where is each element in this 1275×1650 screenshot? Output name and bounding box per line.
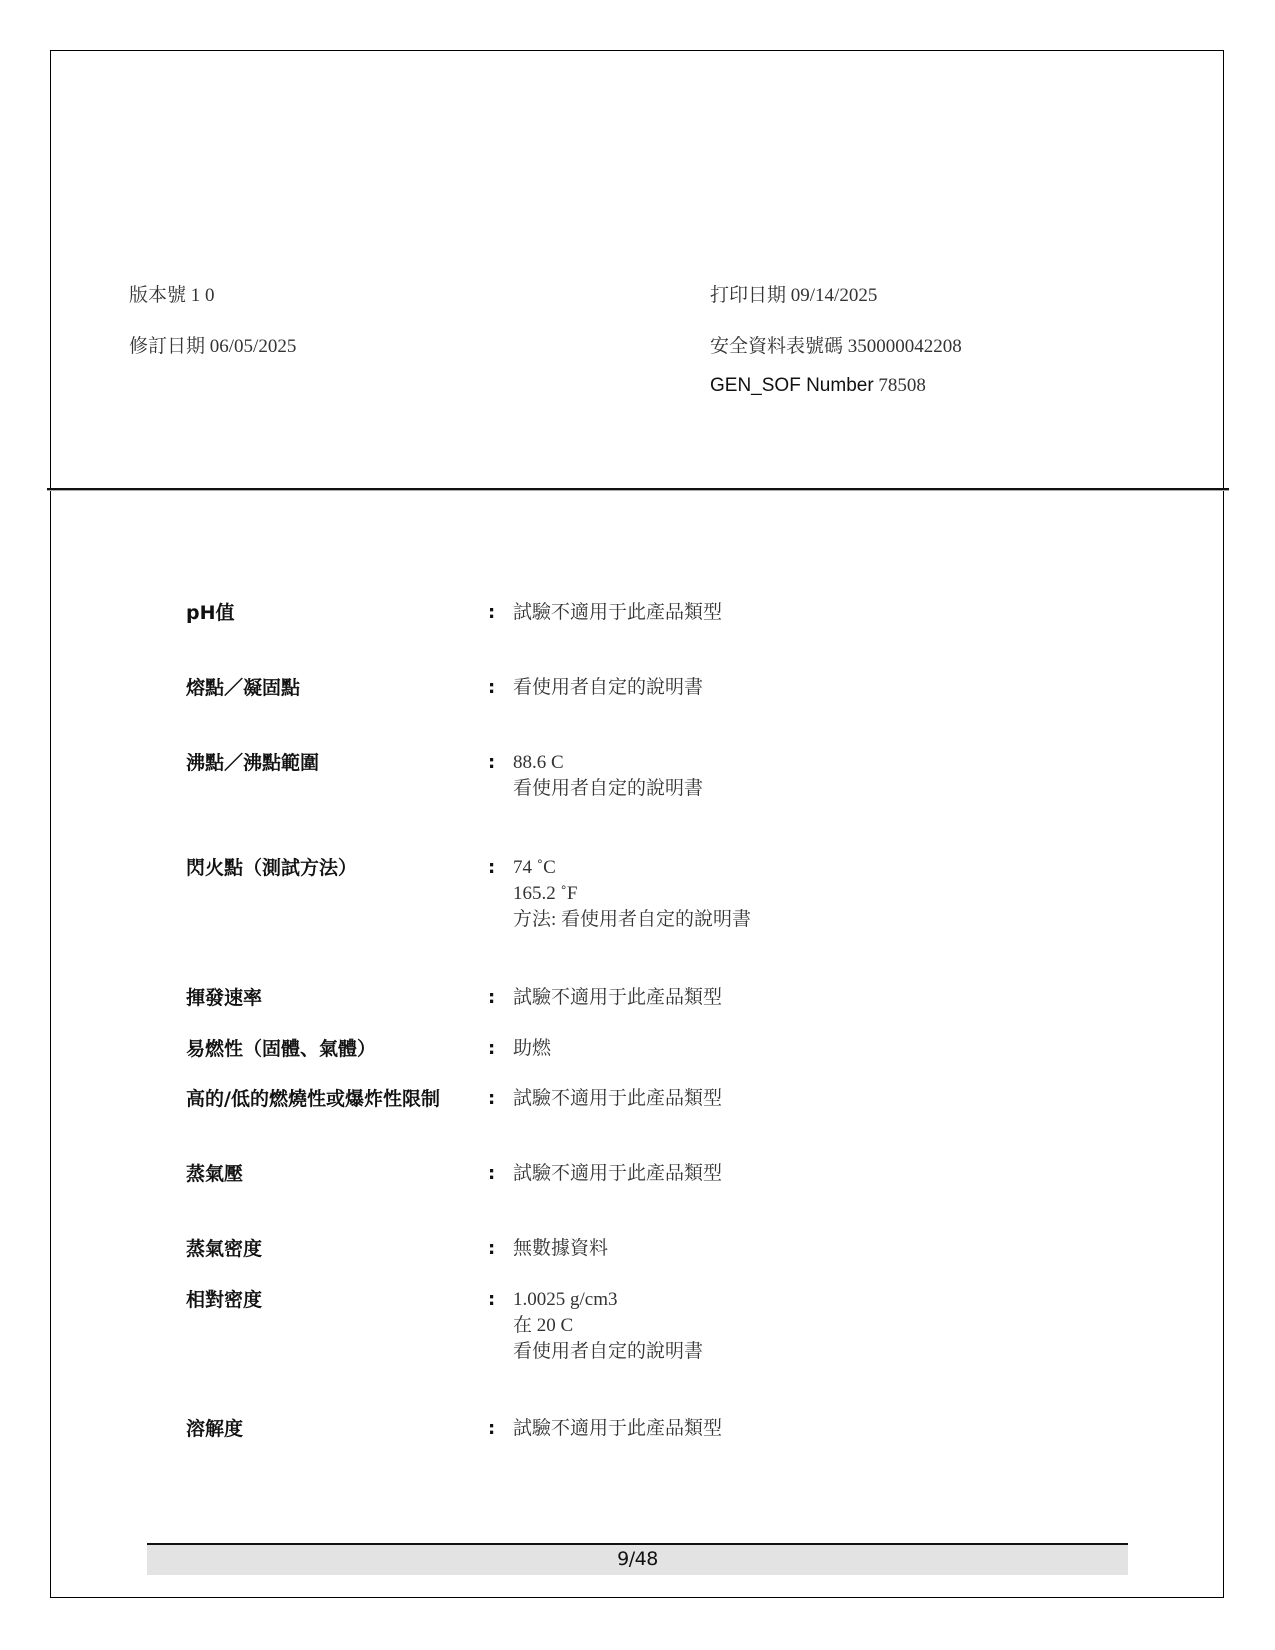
print-date-label: 打印日期 [710, 285, 786, 306]
property-values: 88.6 C 看使用者自定的說明書 [513, 750, 703, 802]
property-value: 試驗不適用于此產品類型 [513, 985, 722, 1011]
property-label: 熔點／凝固點 [186, 675, 456, 701]
property-value: 在 20 C [513, 1313, 703, 1339]
property-separator: : [488, 600, 495, 626]
property-label: 高的/低的燃燒性或爆炸性限制 [186, 1086, 456, 1112]
sds-number-label: 安全資料表號碼 [710, 336, 843, 357]
revision-date-value: 06/05/2025 [210, 336, 297, 357]
property-label: 沸點／沸點範圍 [186, 750, 456, 776]
property-values: 試驗不適用于此產品類型 [513, 985, 722, 1011]
property-values: 試驗不適用于此產品類型 [513, 1086, 722, 1112]
page-border [50, 50, 1224, 1598]
version-value: 1 0 [191, 285, 215, 306]
property-separator: : [488, 1161, 495, 1187]
gen-sof-info: GEN_SOF Number 78508 [710, 375, 926, 397]
property-separator: : [488, 1416, 495, 1442]
property-values: 試驗不適用于此產品類型 [513, 1161, 722, 1187]
property-value: 助燃 [513, 1036, 551, 1062]
page-indicator: 9/48 [617, 1548, 658, 1570]
property-separator: : [488, 855, 495, 881]
property-value: 試驗不適用于此產品類型 [513, 1416, 722, 1442]
property-separator: : [488, 1236, 495, 1262]
property-label: 相對密度 [186, 1287, 456, 1313]
property-values: 無數據資料 [513, 1236, 608, 1262]
print-date-info: 打印日期 09/14/2025 [710, 280, 877, 307]
property-value: 無數據資料 [513, 1236, 608, 1262]
sds-number-info: 安全資料表號碼 350000042208 [710, 331, 962, 358]
property-label: 閃火點（測試方法） [186, 855, 456, 881]
property-value: 看使用者自定的說明書 [513, 776, 703, 802]
gen-sof-value: 78508 [878, 375, 926, 396]
property-value: 試驗不適用于此產品類型 [513, 1161, 722, 1187]
print-date-value: 09/14/2025 [791, 285, 878, 306]
property-value: 試驗不適用于此產品類型 [513, 1086, 722, 1112]
header-divider [47, 488, 1229, 490]
property-values: 助燃 [513, 1036, 551, 1062]
property-label: 揮發速率 [186, 985, 456, 1011]
property-values: 74 ˚C 165.2 ˚F 方法: 看使用者自定的說明書 [513, 855, 751, 933]
property-separator: : [488, 750, 495, 776]
page-footer: 9/48 [147, 1543, 1128, 1575]
property-value: 看使用者自定的說明書 [513, 675, 703, 701]
property-value: 88.6 C [513, 750, 703, 776]
property-separator: : [488, 1086, 495, 1112]
property-separator: : [488, 1287, 495, 1313]
property-value: 看使用者自定的說明書 [513, 1339, 703, 1365]
property-separator: : [488, 985, 495, 1011]
gen-sof-label: GEN_SOF Number [710, 375, 874, 396]
property-value: 74 ˚C [513, 855, 751, 881]
property-values: 1.0025 g/cm3 在 20 C 看使用者自定的說明書 [513, 1287, 703, 1365]
property-value: 試驗不適用于此產品類型 [513, 600, 722, 626]
property-label: 蒸氣壓 [186, 1161, 456, 1187]
sds-number-value: 350000042208 [848, 336, 962, 357]
property-values: 看使用者自定的說明書 [513, 675, 703, 701]
property-values: 試驗不適用于此產品類型 [513, 1416, 722, 1442]
property-value: 1.0025 g/cm3 [513, 1287, 703, 1313]
property-label: 易燃性（固體、氣體） [186, 1036, 456, 1062]
property-value: 方法: 看使用者自定的說明書 [513, 907, 751, 933]
revision-date-info: 修訂日期 06/05/2025 [129, 331, 296, 358]
property-separator: : [488, 1036, 495, 1062]
property-values: 試驗不適用于此產品類型 [513, 600, 722, 626]
version-info: 版本號 1 0 [129, 280, 215, 307]
revision-date-label: 修訂日期 [129, 336, 205, 357]
property-separator: : [488, 675, 495, 701]
version-label: 版本號 [129, 285, 186, 306]
property-value: 165.2 ˚F [513, 881, 751, 907]
property-label: pH值 [186, 600, 456, 626]
property-label: 蒸氣密度 [186, 1236, 456, 1262]
property-label: 溶解度 [186, 1416, 456, 1442]
